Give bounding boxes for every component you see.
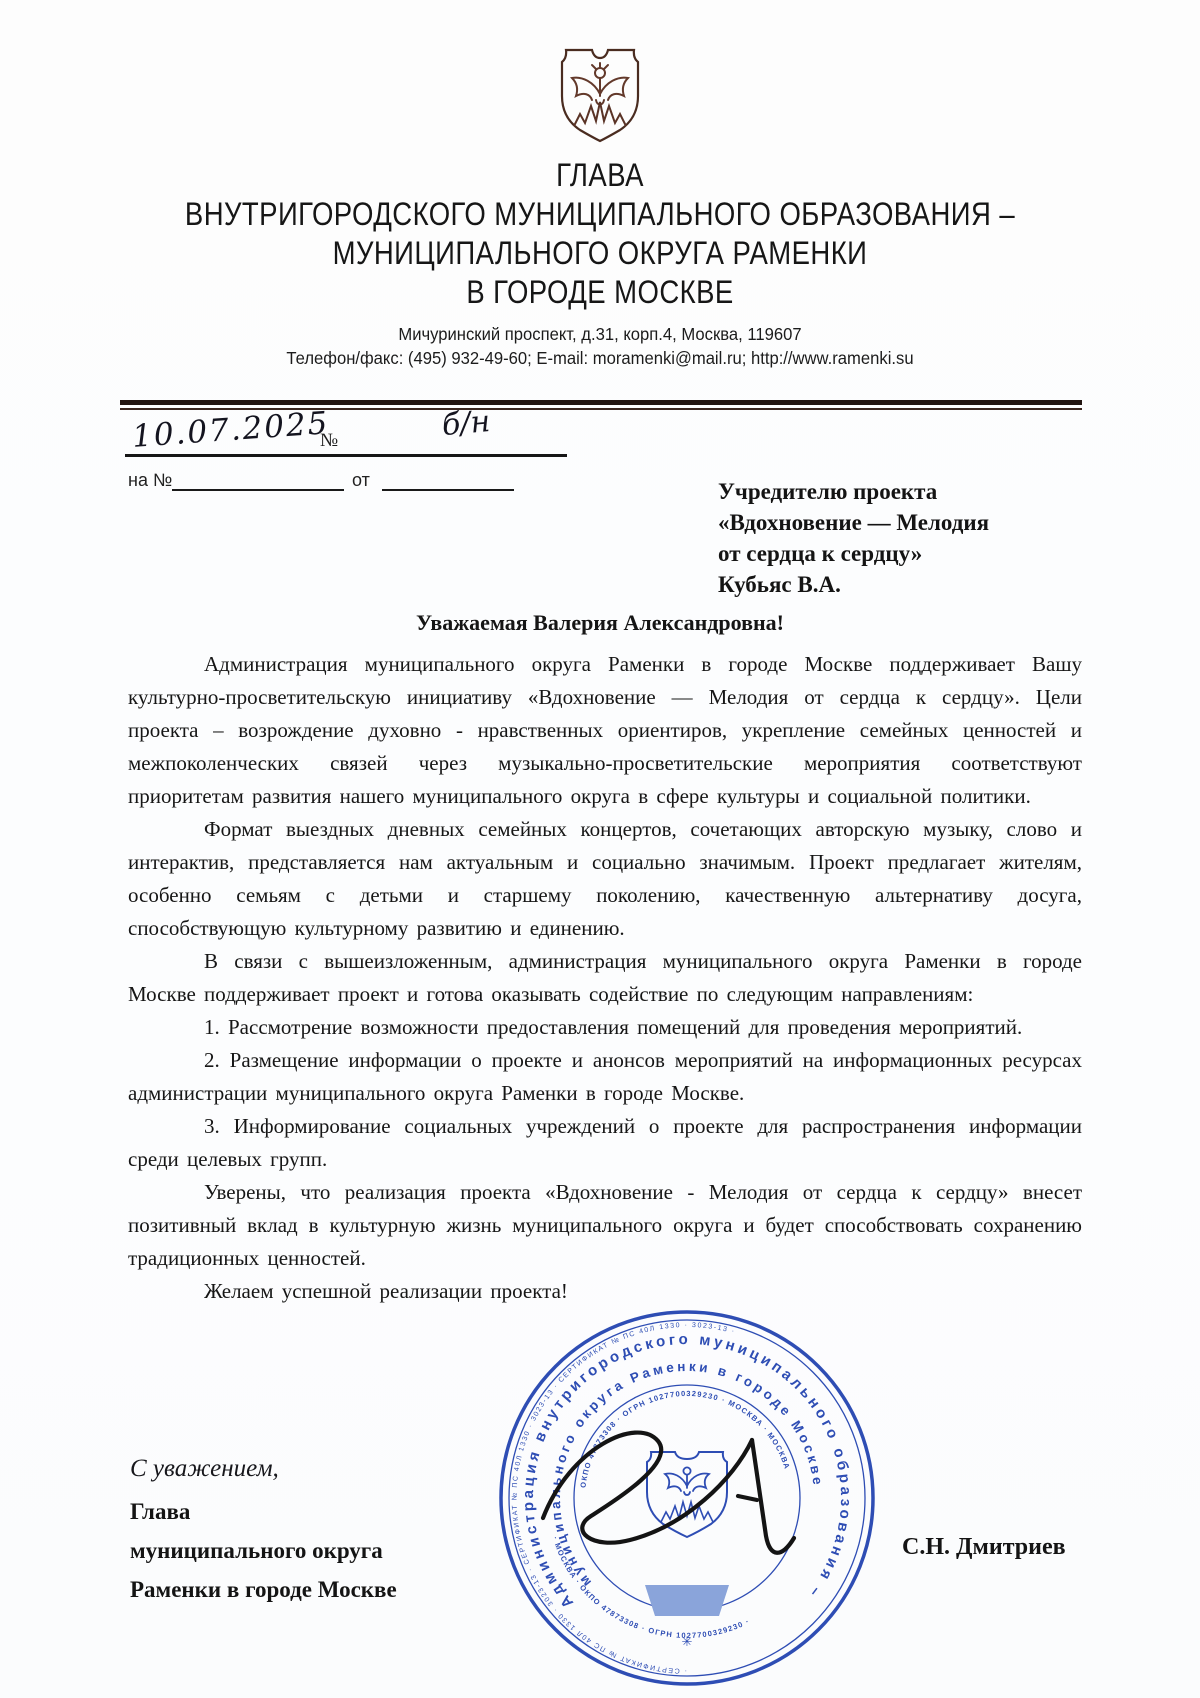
letterhead-rule-thick	[120, 400, 1082, 405]
phone-email-url: Телефон/факс: (495) 932-49-60; E-mail: m…	[30, 346, 1170, 370]
handwritten-number: б/н	[441, 404, 492, 443]
letterhead-org-name: ГЛАВА ВНУТРИГОРОДСКОГО МУНИЦИПАЛЬНОГО ОБ…	[0, 156, 1200, 312]
stamp-inner-circle	[574, 1385, 800, 1611]
addressee-line: Учредителю проекта	[718, 476, 1078, 507]
paragraph: Администрация муниципального округа Раме…	[128, 648, 1082, 813]
handwritten-date: 10.07.2025	[131, 405, 331, 455]
addressee-block: Учредителю проекта «Вдохновение — Мелоди…	[718, 476, 1078, 600]
addressee-line: «Вдохновение — Мелодия	[718, 507, 1078, 538]
official-round-stamp: · СЕРТИФИКАТ № ПС 40Л 1330 · 3023-13 · С…	[495, 1300, 880, 1696]
reply-from-label: от	[352, 470, 370, 491]
coat-of-arms-icon	[558, 44, 642, 144]
signer-title: Глава муниципального округа Раменки в го…	[130, 1492, 397, 1609]
reply-number-blank-line	[172, 489, 344, 491]
double-eagle-figure	[572, 63, 628, 105]
addressee-line: от сердца к сердцу»	[718, 538, 1078, 569]
signer-title-line: Раменки в городе Москве	[130, 1570, 397, 1609]
signer-name: С.Н. Дмитриев	[902, 1534, 1066, 1561]
salutation: Уважаемая Валерия Александровна!	[0, 610, 1200, 636]
org-line: ГЛАВА	[84, 156, 1116, 195]
paragraph: Уверены, что реализация проекта «Вдохнов…	[128, 1176, 1082, 1275]
stamp-eagle-figure	[665, 1467, 709, 1495]
paragraph-list-item: 2. Размещение информации о проекте и ано…	[128, 1044, 1082, 1110]
stamp-bottom-mark: ✳	[682, 1634, 693, 1649]
reply-date-blank-line	[382, 489, 514, 491]
letterhead-contacts: Мичуринский проспект, д.31, корп.4, Моск…	[0, 322, 1200, 370]
org-line: В ГОРОДЕ МОСКВЕ	[84, 273, 1116, 312]
reply-number-label: на №	[128, 470, 172, 491]
paragraph-list-item: 1. Рассмотрение возможности предоставлен…	[128, 1011, 1082, 1044]
addressee-name: Кубьяс В.А.	[718, 569, 1078, 600]
paragraph-list-item: 3. Информирование социальных учреждений …	[128, 1110, 1082, 1176]
signer-title-line: муниципального округа	[130, 1531, 397, 1570]
closing-phrase: С уважением,	[130, 1455, 279, 1483]
letter-body: Администрация муниципального округа Раме…	[128, 648, 1082, 1308]
stamp-trapezoid	[645, 1585, 729, 1616]
paragraph: В связи с вышеизложенным, администрация …	[128, 945, 1082, 1011]
number-sign-label: №	[320, 430, 338, 452]
stamp-center-shield	[647, 1452, 727, 1537]
shield-zigzag	[574, 102, 626, 126]
org-line: ВНУТРИГОРОДСКОГО МУНИЦИПАЛЬНОГО ОБРАЗОВА…	[84, 195, 1116, 234]
signer-title-line: Глава	[130, 1492, 397, 1531]
scanned-letter-page: ГЛАВА ВНУТРИГОРОДСКОГО МУНИЦИПАЛЬНОГО ОБ…	[0, 0, 1200, 1698]
org-line: МУНИЦИПАЛЬНОГО ОКРУГА РАМЕНКИ	[84, 234, 1116, 273]
paragraph: Формат выездных дневных семейных концерт…	[128, 813, 1082, 945]
postal-address: Мичуринский проспект, д.31, корп.4, Моск…	[30, 322, 1170, 346]
reference-underline	[125, 454, 567, 457]
